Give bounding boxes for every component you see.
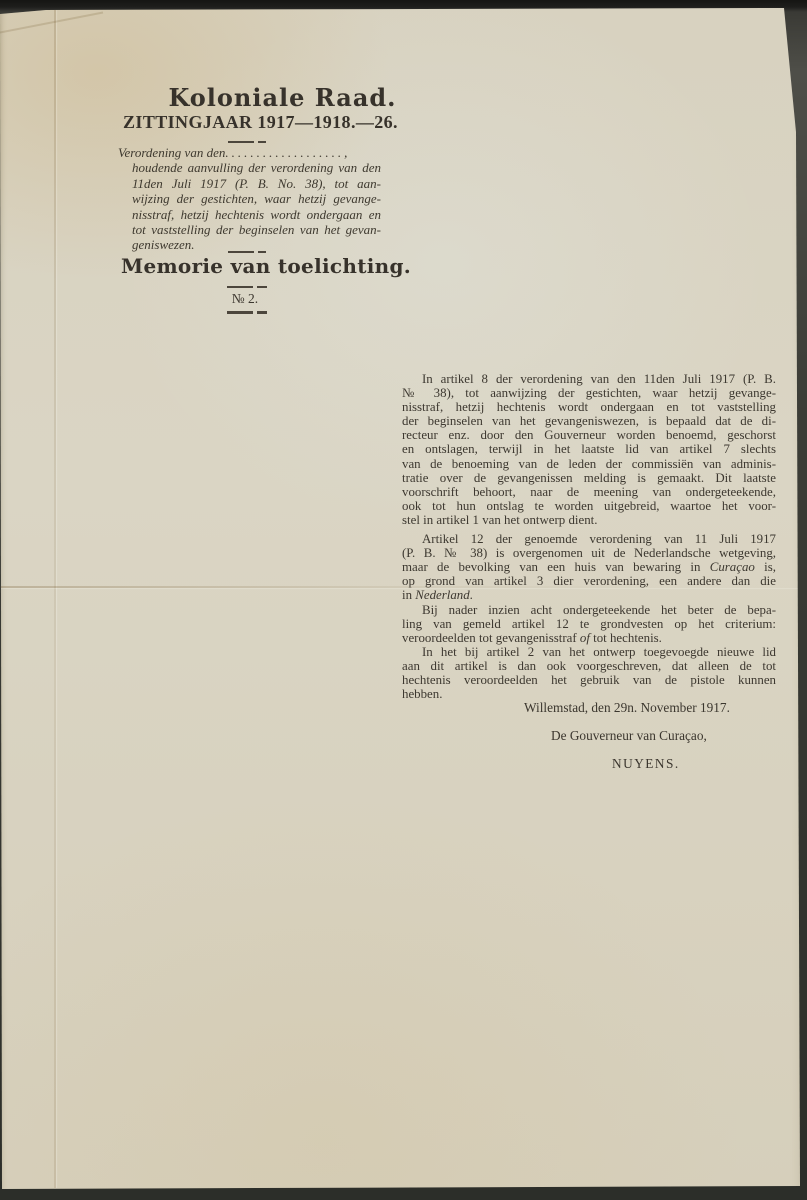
text-line: veroordeelden tot gevangenisstraf of tot… — [402, 631, 776, 645]
text-line: tratie over de gevangenissen melding is … — [402, 471, 776, 485]
ordinance-caption: Verordening van den...................,h… — [118, 145, 381, 253]
text-line: recteur enz. door den Gouverneur worden … — [402, 428, 776, 442]
divider-rule — [228, 251, 266, 253]
text-line: maar de bevolking van een huis van bewar… — [402, 560, 776, 574]
text-line: Verordening van den..................., — [118, 145, 381, 160]
text-line: aan dit artikel is dan ook voorgeschreve… — [402, 659, 776, 673]
text-line: (P. B. № 38) is overgenomen uit de Neder… — [402, 546, 776, 560]
paragraph: In het bij artikel 2 van het ontwerp toe… — [402, 645, 776, 701]
signatory-title: De Gouverneur van Curaçao, — [551, 728, 707, 744]
text-line: ling van gemeld artikel 12 te grondveste… — [402, 617, 776, 631]
paragraph: In artikel 8 der verordening van den 11d… — [402, 372, 776, 527]
text-line: 11den Juli 1917 (P. B. No. 38), tot aan- — [118, 176, 381, 191]
text-line: hechtenis veroordeelden het gebruik van … — [402, 673, 776, 687]
text-line: voorschrift behoort, naar de meening van… — [402, 485, 776, 499]
dotted-leader: ................... — [225, 145, 344, 160]
text-line: in Nederland. — [402, 588, 776, 602]
text-line: nisstraf, hetzij hechtenis wordt onderga… — [402, 400, 776, 414]
text-line: ook tot hun ontslag te worden uitgebreid… — [402, 499, 776, 513]
divider-rule — [227, 311, 267, 314]
fold-crease-vertical — [54, 10, 56, 1188]
text-line: stel in artikel 1 van het ontwerp dient. — [402, 513, 776, 527]
text-line: № 38), tot aanwijzing der gestichten, wa… — [402, 386, 776, 400]
document-title: Koloniale Raad. — [115, 83, 450, 112]
text-line: In het bij artikel 2 van het ontwerp toe… — [402, 645, 776, 659]
text-line: en ontslagen, terwijl in het laatste lid… — [402, 442, 776, 456]
text-line: houdende aanvulling der verordening van … — [118, 160, 381, 175]
signature-place-date: Willemstad, den 29n. November 1917. — [524, 700, 730, 716]
paragraph: Bij nader inzien acht ondergeteekende he… — [402, 603, 776, 645]
memorie-heading: Memorie van toelichting. — [121, 254, 411, 278]
text-line: wijzing der gestichten, waar hetzij geva… — [118, 191, 381, 206]
signatory-name: NUYENS. — [612, 756, 680, 772]
text-line: nisstraf, hetzij hechtenis wordt onderga… — [118, 207, 381, 222]
text-line: tot vaststelling der beginselen van het … — [118, 222, 381, 237]
text-line: van de benoeming van de leden der commis… — [402, 457, 776, 471]
paragraph: Artikel 12 der genoemde verordening van … — [402, 532, 776, 602]
body-text: In artikel 8 der verordening van den 11d… — [402, 372, 776, 701]
divider-rule — [227, 286, 267, 288]
document-page: Koloniale Raad. ZITTINGJAAR 1917—1918.—2… — [0, 0, 807, 1200]
scanned-document: Koloniale Raad. ZITTINGJAAR 1917—1918.—2… — [0, 0, 807, 1200]
divider-rule — [228, 141, 266, 143]
text-line: der beginselen van het gevangeniswezen, … — [402, 414, 776, 428]
document-number: № 2. — [95, 291, 395, 307]
text-line: Bij nader inzien acht ondergeteekende he… — [402, 603, 776, 617]
session-year-line: ZITTINGJAAR 1917—1918.—26. — [93, 112, 428, 133]
text-line: In artikel 8 der verordening van den 11d… — [402, 372, 776, 386]
text-line: Artikel 12 der genoemde verordening van … — [402, 532, 776, 546]
text-line: op grond van artikel 3 dier verordening,… — [402, 574, 776, 588]
fold-crease-corner — [0, 12, 103, 35]
